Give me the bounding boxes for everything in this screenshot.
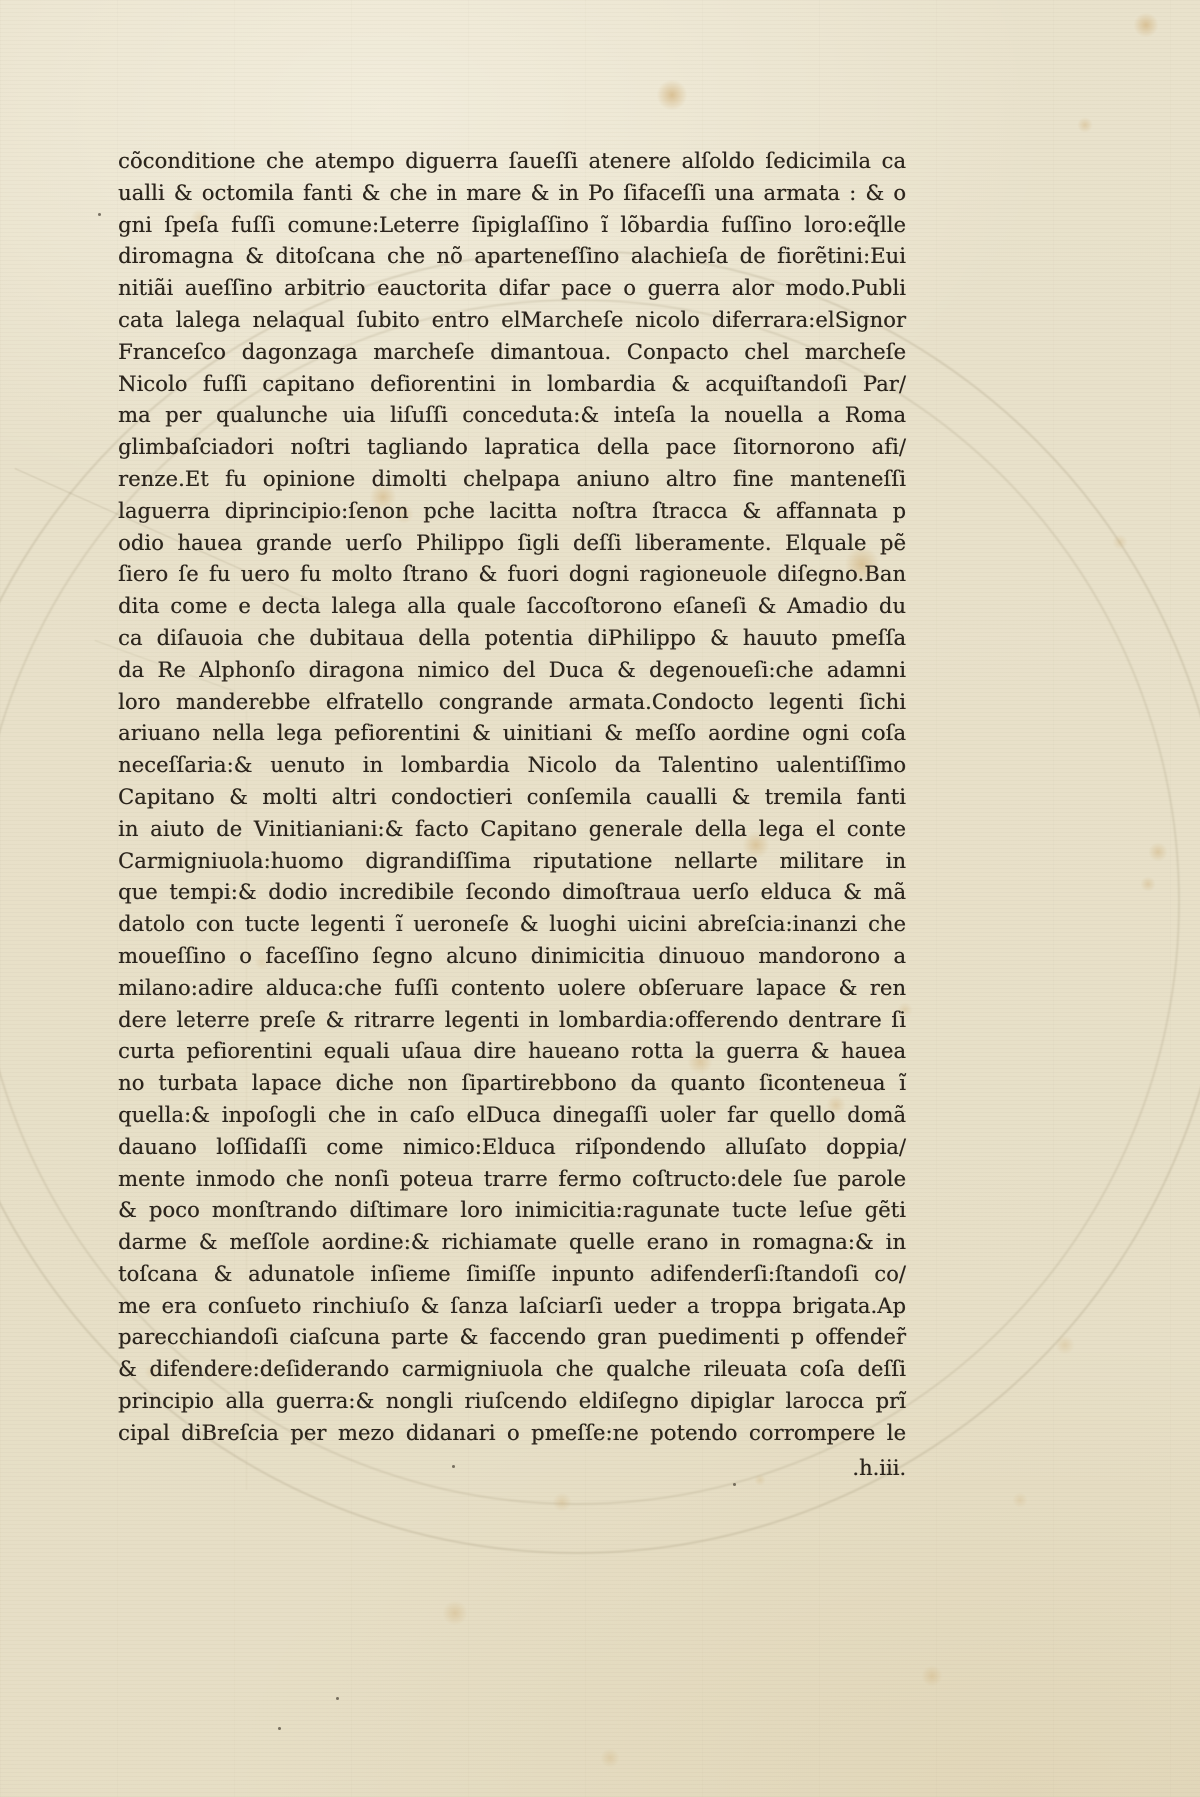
text-line: Franceſco dagonzaga marcheſe dimantoua. … [118, 337, 906, 369]
foxing-stain [1140, 876, 1156, 892]
text-line: glimbaſciadori noſtri tagliando lapratic… [118, 432, 906, 464]
text-line: datolo con tucte legenti ĩ ueroneſe & lu… [118, 909, 906, 941]
text-line: gni ſpeſa fuſſi comune:Leterre ſipiglaſſ… [118, 210, 906, 242]
text-line: Carmigniuola:huomo digrandiſſima riputat… [118, 846, 906, 878]
foxing-stain [1133, 12, 1159, 38]
text-line: no turbata lapace diche non ſipartirebbo… [118, 1068, 906, 1100]
text-line: dauano loſſidaſſi come nimico:Elduca riſ… [118, 1132, 906, 1164]
foxing-stain [600, 1748, 619, 1767]
text-line: Capitano & molti altri condoctieri conſe… [118, 782, 906, 814]
text-line: toſcana & adunatole inſieme ſimiſſe inpu… [118, 1259, 906, 1291]
text-line: diromagna & ditoſcana che nõ aparteneſſi… [118, 241, 906, 273]
ink-speck [733, 1483, 736, 1486]
foxing-stain [1055, 1335, 1074, 1354]
text-line: & poco monſtrando diſtimare loro inimici… [118, 1195, 906, 1227]
foxing-stain [1112, 534, 1128, 550]
text-line: dere leterre preſe & ritrarre legenti in… [118, 1005, 906, 1037]
text-line: principio alla guerra:& nongli riuſcendo… [118, 1386, 906, 1418]
text-line: ſiero ſe fu uero fu molto ſtrano & fuori… [118, 559, 906, 591]
text-line: Nicolo fuſſi capitano defiorentini in lo… [118, 369, 906, 401]
text-line: renze.Et fu opinione dimolti chelpapa an… [118, 464, 906, 496]
text-line: curta pefiorentini equali uſaua dire hau… [118, 1036, 906, 1068]
printed-text-block: cõconditione che atempo diguerra ſaueſſi… [118, 146, 906, 1450]
text-line: que tempi:& dodio incredibile ſecondo di… [118, 877, 906, 909]
text-line: milano:adire alduca:che fuſſi contento u… [118, 973, 906, 1005]
text-line: nitiãi aueſſino arbitrio eauctorita difa… [118, 273, 906, 305]
text-line: neceſſaria:& uenuto in lombardia Nicolo … [118, 750, 906, 782]
text-line: cipal diBreſcia per mezo didanari o pmeſ… [118, 1418, 906, 1450]
ink-speck [336, 1697, 339, 1700]
text-line: in aiuto de Vinitianiani:& facto Capitan… [118, 814, 906, 846]
text-line: darme & meſſole aordine:& richiamate que… [118, 1227, 906, 1259]
foxing-stain [1012, 1492, 1028, 1508]
text-line: odio hauea grande uerſo Philippo ſigli d… [118, 528, 906, 560]
foxing-stain [921, 1665, 943, 1687]
text-line: ma per qualunche uia liſuſſi conceduta:&… [118, 400, 906, 432]
text-line: & difendere:deſiderando carmigniuola che… [118, 1354, 906, 1386]
foxing-stain [442, 1600, 468, 1626]
text-line: ualli & octomila fanti & che in mare & i… [118, 178, 906, 210]
text-line: loro manderebbe elfratello congrande arm… [118, 687, 906, 719]
foxing-stain [552, 1492, 571, 1511]
foxing-stain [1077, 117, 1093, 133]
text-line: ariuano nella lega pefiorentini & uiniti… [118, 718, 906, 750]
text-line: da Re Alphonſo diragona nimico del Duca … [118, 655, 906, 687]
text-line: me era conſueto rinchiuſo & ſanza laſcia… [118, 1291, 906, 1323]
ink-speck [278, 1727, 281, 1730]
text-line: ca diſauoia che dubitaua della potentia … [118, 623, 906, 655]
text-line: laguerra diprincipio:ſenon pche lacitta … [118, 496, 906, 528]
text-line: cõconditione che atempo diguerra ſaueſſi… [118, 146, 906, 178]
text-line: quella:& inpoſogli che in caſo elDuca di… [118, 1100, 906, 1132]
ink-speck [98, 213, 101, 216]
text-line: moueſſino o faceſſino ſegno alcuno dinim… [118, 941, 906, 973]
text-line: cata lalega nelaqual ſubito entro elMarc… [118, 305, 906, 337]
foxing-stain [656, 79, 688, 111]
quire-signature-mark: .h.iii. [118, 1456, 906, 1480]
text-line: parecchiandoſi ciaſcuna parte & faccendo… [118, 1322, 906, 1354]
book-page-scan: cõconditione che atempo diguerra ſaueſſi… [0, 0, 1200, 1797]
text-line: dita come e decta lalega alla quale ſacc… [118, 591, 906, 623]
foxing-stain [1148, 842, 1167, 861]
text-line: mente inmodo che nonſi poteua trarre fer… [118, 1164, 906, 1196]
